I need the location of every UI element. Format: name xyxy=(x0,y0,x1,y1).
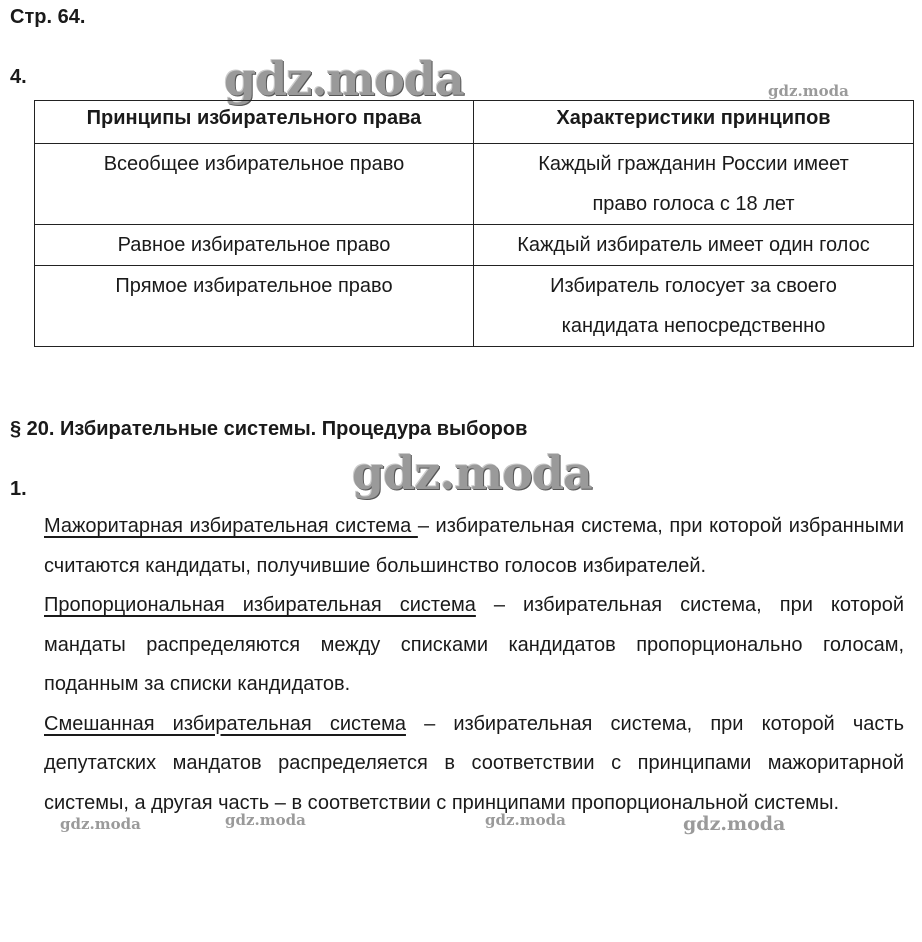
term: Смешанная избирательная система xyxy=(44,713,406,735)
characteristic-cell: Избиратель голосует за своего кандидата … xyxy=(474,266,914,347)
task-number-4: 4. xyxy=(10,66,27,89)
principle-cell: Всеобщее избирательное право xyxy=(35,144,474,225)
definition-mixed: Смешанная избирательная система – избира… xyxy=(44,705,904,824)
definitions: Мажоритарная избирательная система – изб… xyxy=(44,507,904,823)
characteristic-line: право голоса с 18 лет xyxy=(480,184,907,224)
watermark: gdz.moda xyxy=(683,813,785,835)
watermark: gdz.moda xyxy=(352,446,592,500)
page-reference: Стр. 64. xyxy=(10,6,85,29)
watermark: gdz.moda xyxy=(60,815,141,833)
characteristic-cell: Каждый избиратель имеет один голос xyxy=(474,225,914,266)
header-principles: Принципы избирательного права xyxy=(35,101,474,144)
characteristic-cell: Каждый гражданин России имеет право голо… xyxy=(474,144,914,225)
term: Мажоритарная избирательная система xyxy=(44,515,418,537)
term: Пропорциональная избирательная система xyxy=(44,594,476,616)
definition-proportional: Пропорциональная избирательная система –… xyxy=(44,586,904,705)
watermark: gdz.moda xyxy=(485,811,566,829)
table-row: Прямое избирательное право Избиратель го… xyxy=(35,266,914,347)
principle-cell: Равное избирательное право xyxy=(35,225,474,266)
task-number-1: 1. xyxy=(10,478,27,501)
section-title: § 20. Избирательные системы. Процедура в… xyxy=(10,418,527,441)
characteristic-line: Избиратель голосует за своего xyxy=(480,266,907,306)
principle-cell: Прямое избирательное право xyxy=(35,266,474,347)
characteristic-line: Каждый избиратель имеет один голос xyxy=(480,225,907,265)
definition-majoritarian: Мажоритарная избирательная система – изб… xyxy=(44,507,904,586)
characteristic-line: кандидата непосредственно xyxy=(480,306,907,346)
table-row: Всеобщее избирательное право Каждый граж… xyxy=(35,144,914,225)
watermark: gdz.moda xyxy=(768,82,849,100)
table-header-row: Принципы избирательного права Характерис… xyxy=(35,101,914,144)
table-row: Равное избирательное право Каждый избира… xyxy=(35,225,914,266)
header-characteristics: Характеристики принципов xyxy=(474,101,914,144)
principles-table: Принципы избирательного права Характерис… xyxy=(34,100,914,347)
watermark: gdz.moda xyxy=(225,811,306,829)
watermark: gdz.moda xyxy=(224,52,464,106)
characteristic-line: Каждый гражданин России имеет xyxy=(480,144,907,184)
